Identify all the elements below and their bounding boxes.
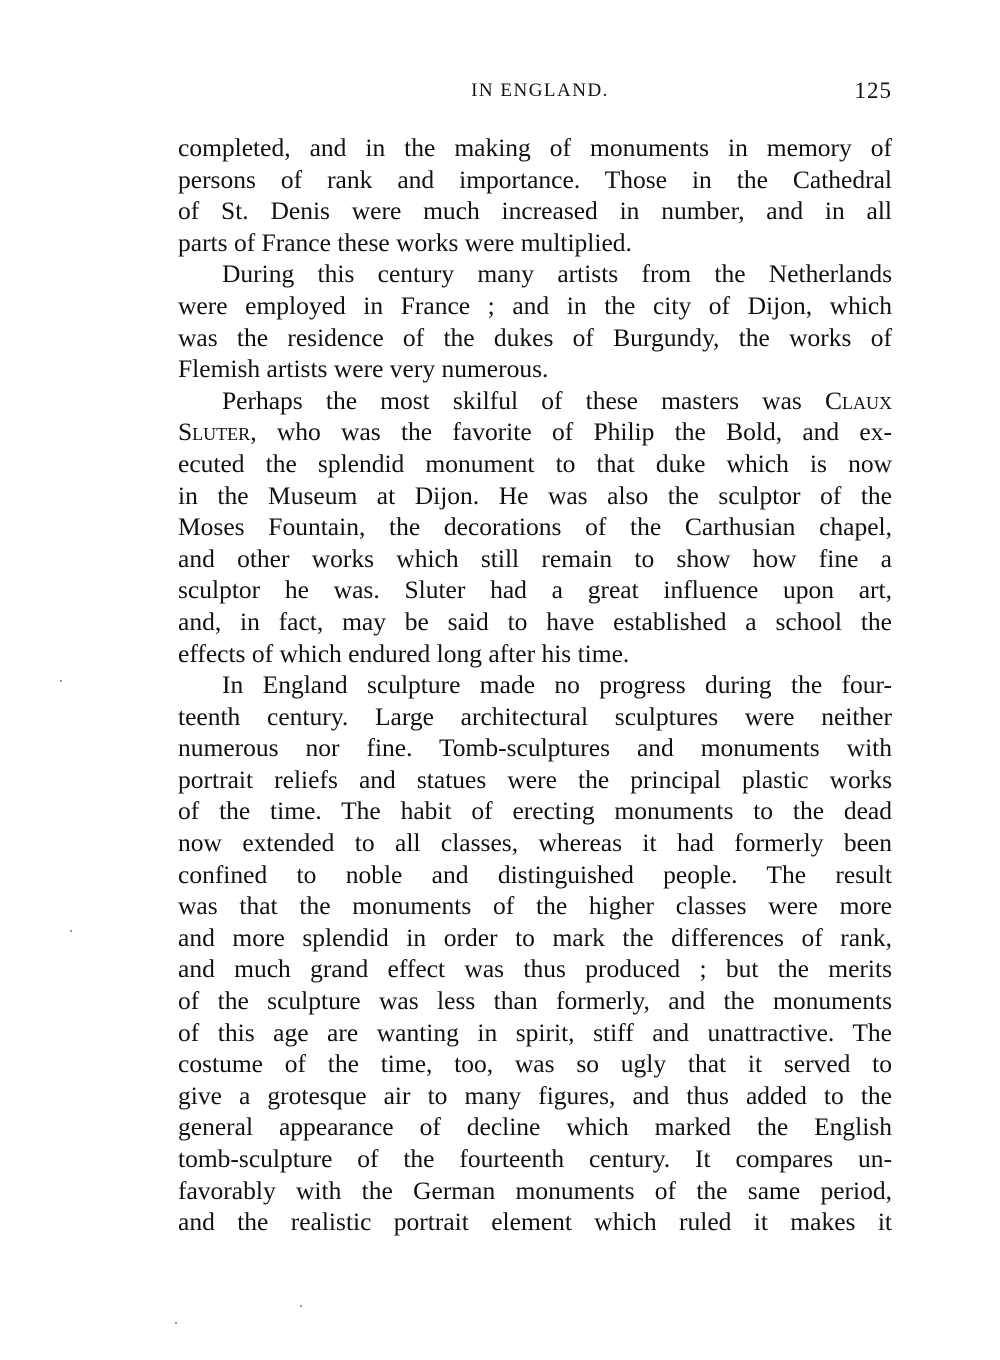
text-line: In England sculpture made no progress du… [178,669,892,701]
text-line: of St. Denis were much increased in numb… [178,195,892,227]
text-line: tomb-sculpture of the fourteenth century… [178,1143,892,1175]
text-line: portrait reliefs and statues were the pr… [178,764,892,796]
text-line: of the time. The habit of erecting monum… [178,795,892,827]
text-line: was the residence of the dukes of Burgun… [178,322,892,354]
text-line: persons of rank and importance. Those in… [178,164,892,196]
running-head: IN ENGLAND. 125 [178,80,892,106]
text-line: effects of which endured long after his … [178,638,892,670]
scan-speck [175,1322,177,1324]
paragraph-1: completed, and in the making of monument… [178,132,892,258]
text-line: now extended to all classes, whereas it … [178,827,892,859]
text-line: of this age are wanting in spirit, stiff… [178,1017,892,1049]
text-line: costume of the time, too, was so ugly th… [178,1048,892,1080]
scan-speck [60,680,62,682]
paragraph-3: Perhaps the most skilful of these master… [178,385,892,669]
text-line: of the sculpture was less than formerly,… [178,985,892,1017]
text-line: and much grand effect was thus produced … [178,953,892,985]
book-page: IN ENGLAND. 125 completed, and in the ma… [0,0,1000,1360]
text-line: parts of France these works were multipl… [178,227,892,259]
text-line: and, in fact, may be said to have establ… [178,606,892,638]
running-title: IN ENGLAND. [178,80,892,102]
text-line: confined to noble and distinguished peop… [178,859,892,891]
text-line: sculptor he was. Sluter had a great infl… [178,574,892,606]
scan-speck [300,1305,302,1307]
text-line: were employed in France ; and in the cit… [178,290,892,322]
page-number: 125 [855,78,893,104]
scan-speck [70,930,72,932]
text-line: numerous nor fine. Tomb-sculptures and m… [178,732,892,764]
text-line: and other works which still remain to sh… [178,543,892,575]
body-text: completed, and in the making of monument… [178,132,892,1238]
text-line: favorably with the German monuments of t… [178,1175,892,1207]
text-line: and more splendid in order to mark the d… [178,922,892,954]
text-line: and the realistic portrait element which… [178,1206,892,1238]
text-line: Perhaps the most skilful of these master… [178,385,892,417]
text-line: in the Museum at Dijon. He was also the … [178,480,892,512]
text-line: completed, and in the making of monument… [178,132,892,164]
paragraph-2: During this century many artists from th… [178,258,892,384]
text-line: teenth century. Large architectural scul… [178,701,892,733]
text-line: Flemish artists were very numerous. [178,353,892,385]
text-line: give a grotesque air to many figures, an… [178,1080,892,1112]
text-line: During this century many artists from th… [178,258,892,290]
text-line: Moses Fountain, the decorations of the C… [178,511,892,543]
text-line: Sluter, who was the favorite of Philip t… [178,416,892,448]
text-line: ecuted the splendid monument to that duk… [178,448,892,480]
paragraph-4: In England sculpture made no progress du… [178,669,892,1238]
text-line: was that the monuments of the higher cla… [178,890,892,922]
text-line: general appearance of decline which mark… [178,1111,892,1143]
